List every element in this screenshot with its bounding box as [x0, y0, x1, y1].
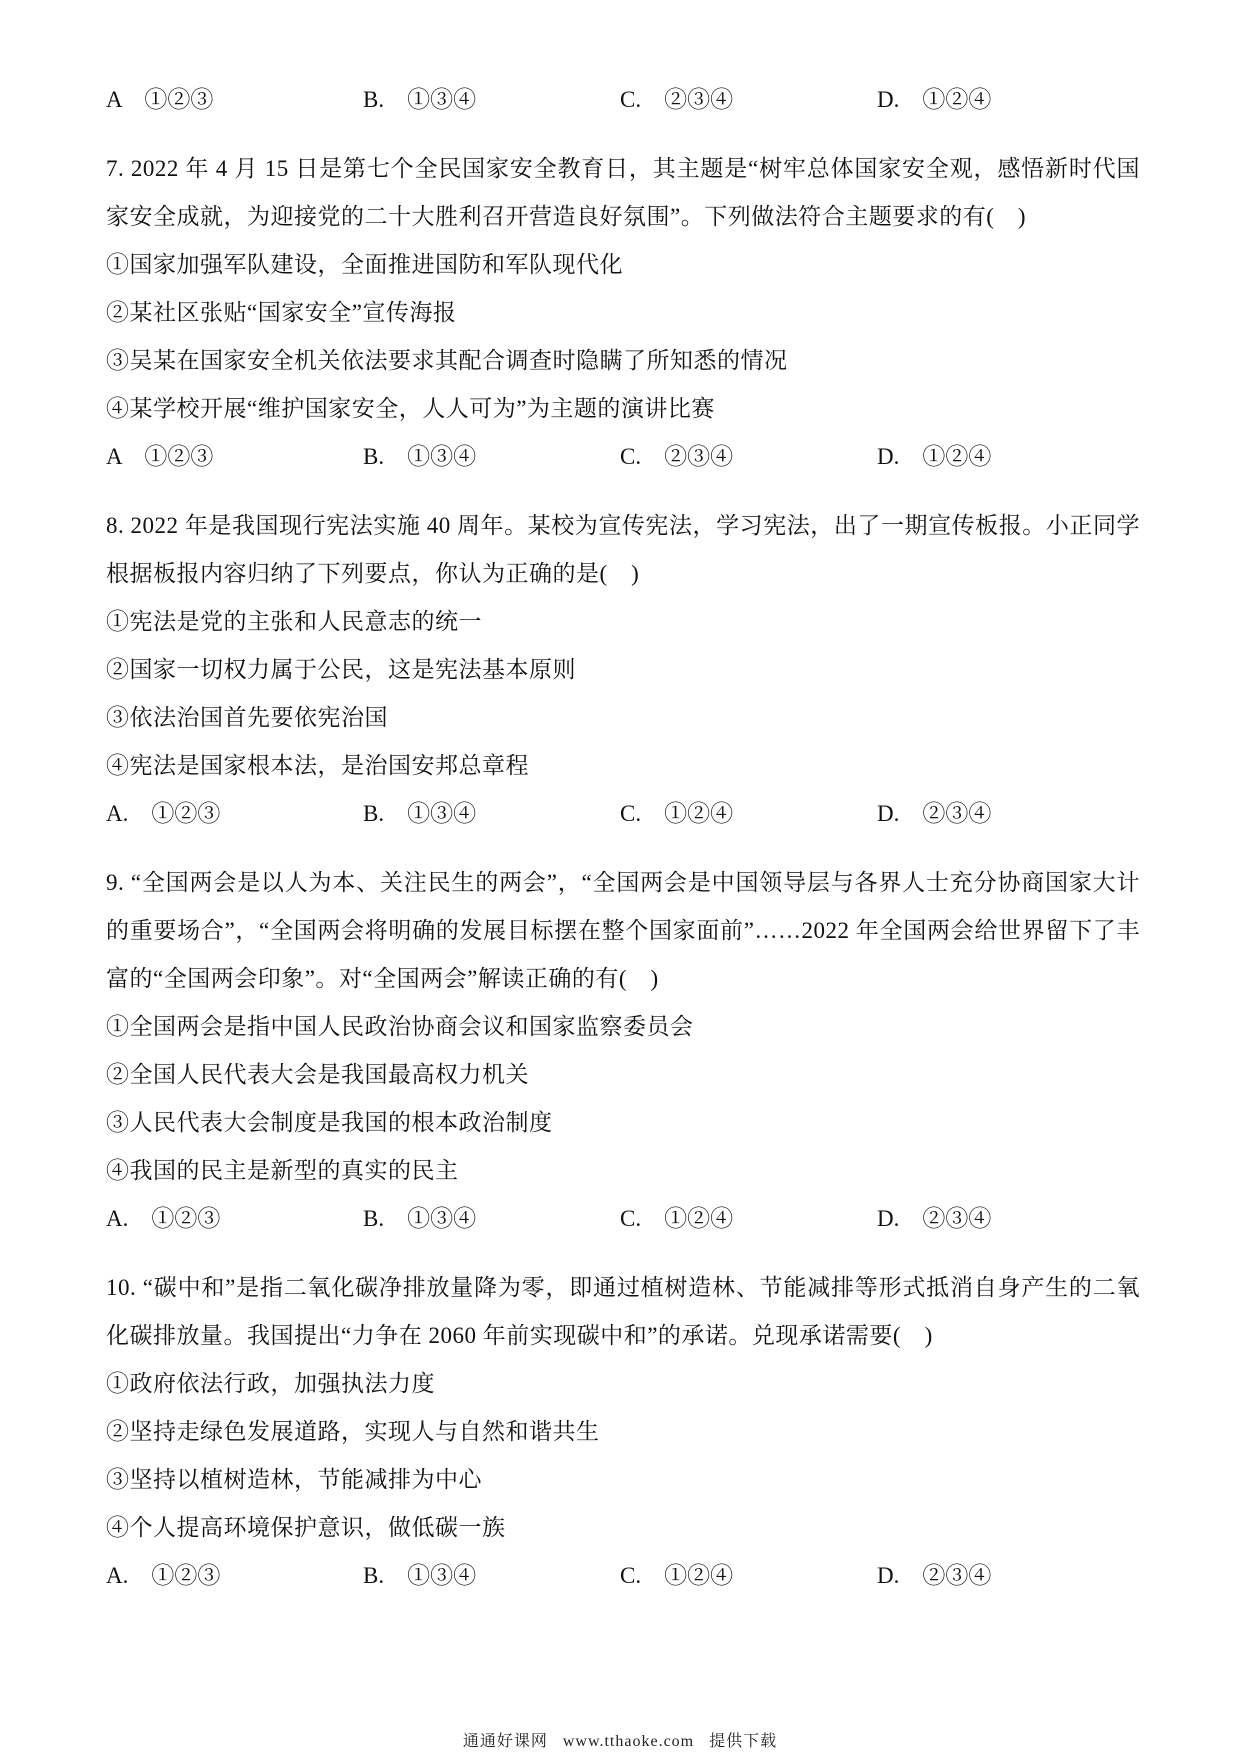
footer-download-note: 提供下载 — [709, 1733, 777, 1750]
question-9-option-b: B. ①③④ — [363, 1195, 620, 1243]
question-8-item-2: ②国家一切权力属于公民，这是宪法基本原则 — [106, 646, 1140, 694]
question-8-option-d: D. ②③④ — [877, 790, 991, 838]
question-9-item-4: ④我国的民主是新型的真实的民主 — [106, 1147, 1140, 1195]
question-9-item-2: ②全国人民代表大会是我国最高权力机关 — [106, 1051, 1140, 1099]
question-9-option-c: C. ①②④ — [620, 1195, 877, 1243]
question-10-options-row: A. ①②③ B. ①③④ C. ①②④ D. ②③④ — [106, 1552, 1140, 1600]
carryover-option-a: A ①②③ — [106, 76, 363, 124]
question-7-item-3: ③吴某在国家安全机关依法要求其配合调查时隐瞒了所知悉的情况 — [106, 337, 1140, 385]
carryover-options-row: A ①②③ B. ①③④ C. ②③④ D. ①②④ — [106, 76, 1140, 124]
page-footer-watermark: 通通好课网 www.tthaoke.com 提供下载 — [0, 1728, 1240, 1751]
question-7-item-2: ②某社区张贴“国家安全”宣传海报 — [106, 289, 1140, 337]
question-7-option-c: C. ②③④ — [620, 433, 877, 481]
question-7-option-b: B. ①③④ — [363, 433, 620, 481]
question-10-option-c: C. ①②④ — [620, 1552, 877, 1600]
question-9-stem: 9. “全国两会是以人为本、关注民生的两会”，“全国两会是中国领导层与各界人士充… — [106, 859, 1140, 1003]
exam-document-page: A ①②③ B. ①③④ C. ②③④ D. ①②④ 7. 2022 年 4 月… — [0, 0, 1240, 1754]
carryover-option-b: B. ①③④ — [363, 76, 620, 124]
exam-content: A ①②③ B. ①③④ C. ②③④ D. ①②④ 7. 2022 年 4 月… — [106, 76, 1140, 1600]
question-8-option-b: B. ①③④ — [363, 790, 620, 838]
question-8-item-3: ③依法治国首先要依宪治国 — [106, 694, 1140, 742]
carryover-option-d: D. ①②④ — [877, 76, 991, 124]
question-9-options-row: A. ①②③ B. ①③④ C. ①②④ D. ②③④ — [106, 1195, 1140, 1243]
question-7-option-d: D. ①②④ — [877, 433, 991, 481]
question-7-stem: 7. 2022 年 4 月 15 日是第七个全民国家安全教育日，其主题是“树牢总… — [106, 145, 1140, 241]
question-9-item-3: ③人民代表大会制度是我国的根本政治制度 — [106, 1099, 1140, 1147]
question-10-item-2: ②坚持走绿色发展道路，实现人与自然和谐共生 — [106, 1408, 1140, 1456]
footer-site-name: 通通好课网 — [463, 1733, 548, 1750]
question-9-item-1: ①全国两会是指中国人民政治协商会议和国家监察委员会 — [106, 1003, 1140, 1051]
question-9-option-a: A. ①②③ — [106, 1195, 363, 1243]
question-7-options-row: A ①②③ B. ①③④ C. ②③④ D. ①②④ — [106, 433, 1140, 481]
question-10-option-b: B. ①③④ — [363, 1552, 620, 1600]
question-10: 10. “碳中和”是指二氧化碳净排放量降为零，即通过植树造林、节能减排等形式抵消… — [106, 1264, 1140, 1600]
carryover-option-c: C. ②③④ — [620, 76, 877, 124]
question-8-item-4: ④宪法是国家根本法，是治国安邦总章程 — [106, 742, 1140, 790]
question-8-stem: 8. 2022 年是我国现行宪法实施 40 周年。某校为宣传宪法，学习宪法，出了… — [106, 502, 1140, 598]
question-8-option-a: A. ①②③ — [106, 790, 363, 838]
question-7-item-1: ①国家加强军队建设，全面推进国防和军队现代化 — [106, 241, 1140, 289]
question-10-stem: 10. “碳中和”是指二氧化碳净排放量降为零，即通过植树造林、节能减排等形式抵消… — [106, 1264, 1140, 1360]
question-10-item-3: ③坚持以植树造林，节能减排为中心 — [106, 1456, 1140, 1504]
question-10-item-4: ④个人提高环境保护意识，做低碳一族 — [106, 1504, 1140, 1552]
question-8-options-row: A. ①②③ B. ①③④ C. ①②④ D. ②③④ — [106, 790, 1140, 838]
question-7: 7. 2022 年 4 月 15 日是第七个全民国家安全教育日，其主题是“树牢总… — [106, 145, 1140, 481]
question-10-option-d: D. ②③④ — [877, 1552, 991, 1600]
question-9: 9. “全国两会是以人为本、关注民生的两会”，“全国两会是中国领导层与各界人士充… — [106, 859, 1140, 1243]
question-8-item-1: ①宪法是党的主张和人民意志的统一 — [106, 598, 1140, 646]
footer-site-url: www.tthaoke.com — [563, 1733, 694, 1750]
question-8: 8. 2022 年是我国现行宪法实施 40 周年。某校为宣传宪法，学习宪法，出了… — [106, 502, 1140, 838]
question-8-option-c: C. ①②④ — [620, 790, 877, 838]
question-10-item-1: ①政府依法行政，加强执法力度 — [106, 1360, 1140, 1408]
question-7-item-4: ④某学校开展“维护国家安全，人人可为”为主题的演讲比赛 — [106, 385, 1140, 433]
question-10-option-a: A. ①②③ — [106, 1552, 363, 1600]
question-7-option-a: A ①②③ — [106, 433, 363, 481]
question-9-option-d: D. ②③④ — [877, 1195, 991, 1243]
